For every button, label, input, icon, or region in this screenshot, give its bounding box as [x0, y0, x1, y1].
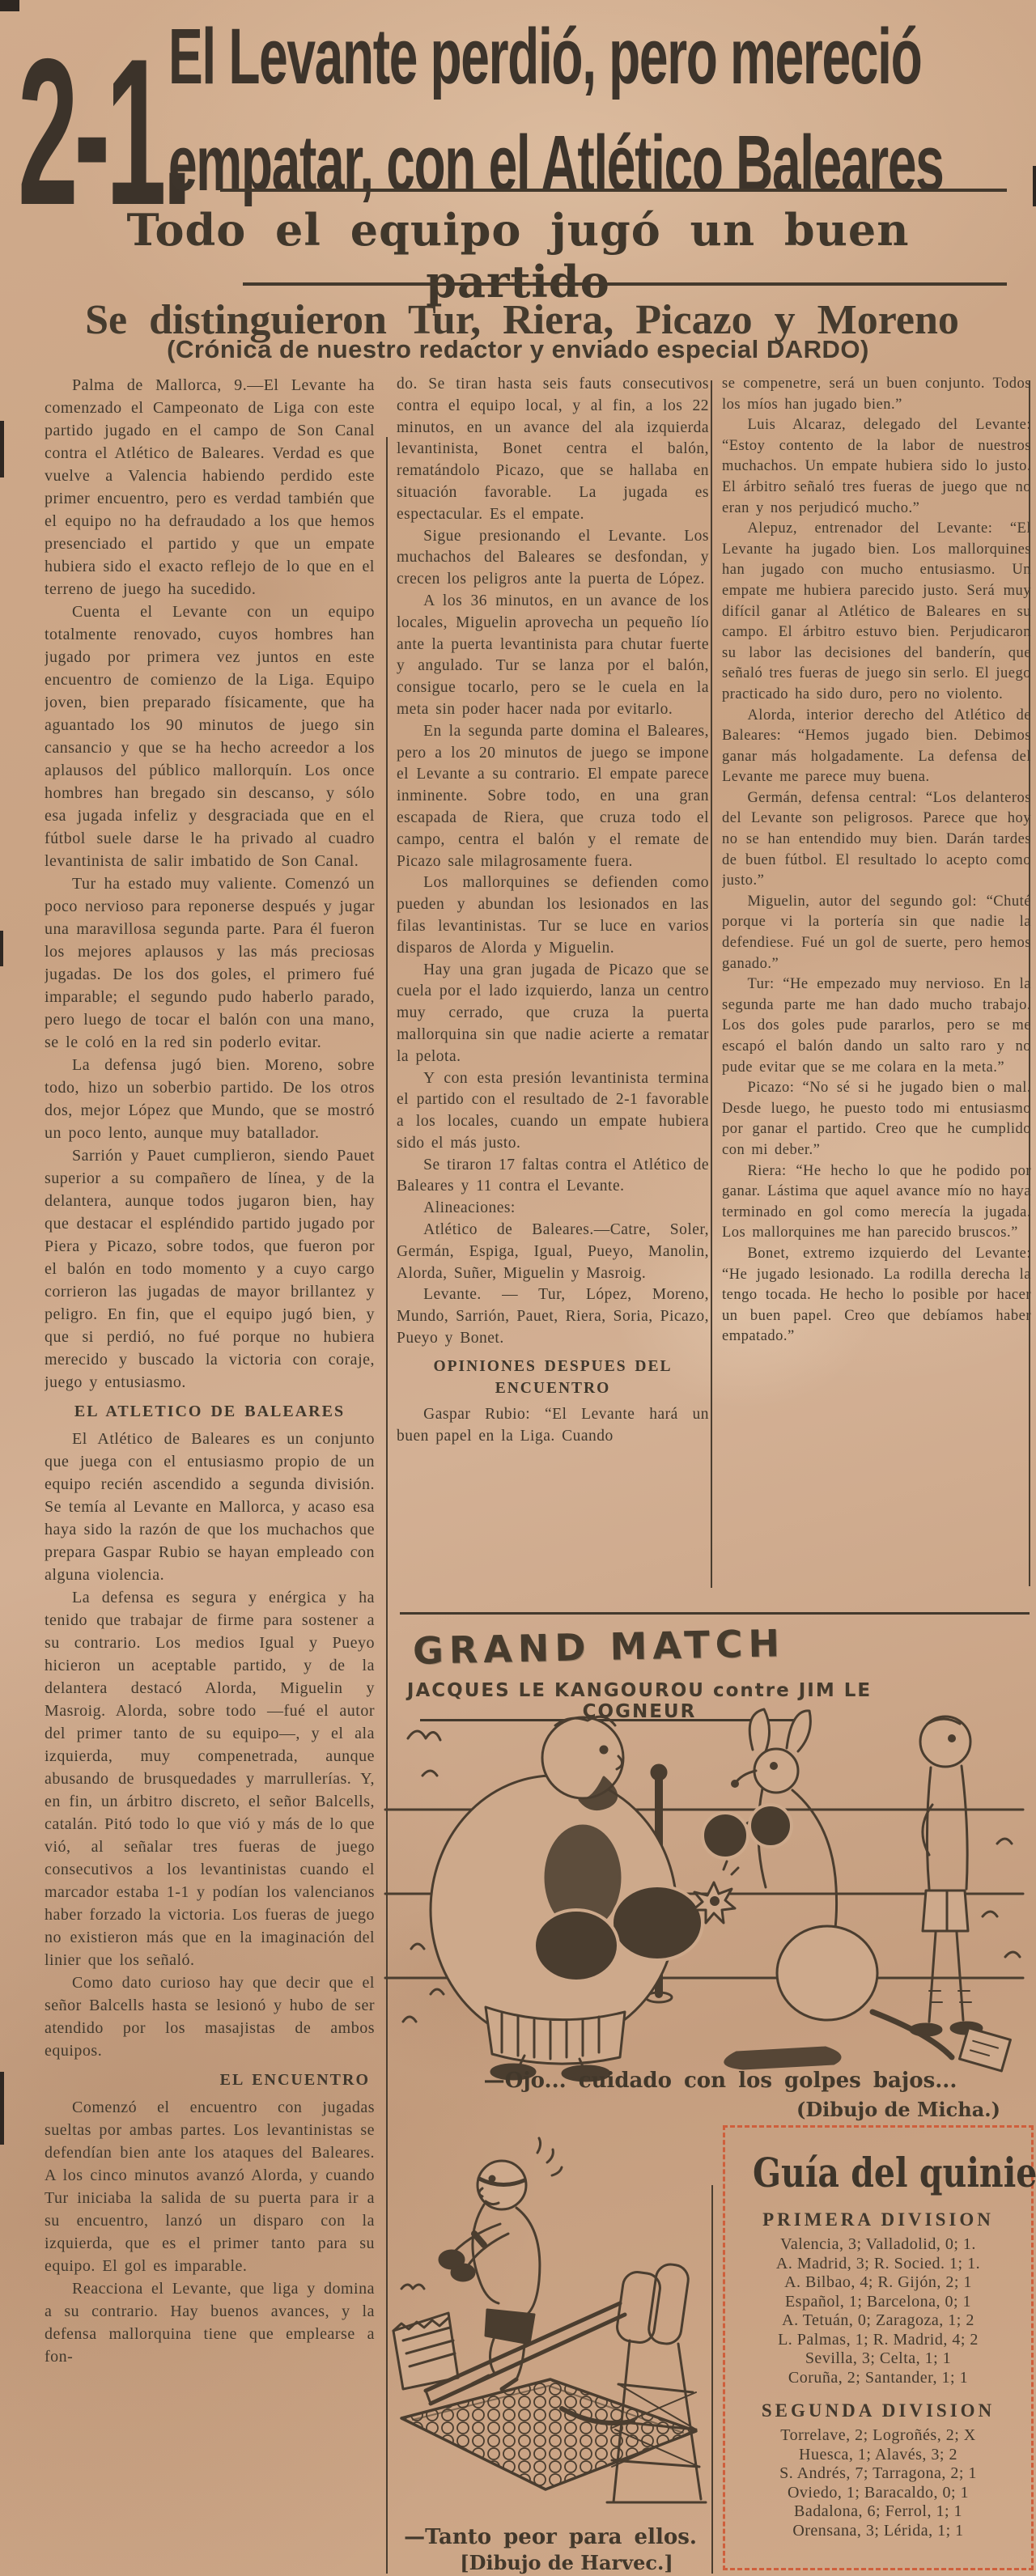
section-rule: [400, 1612, 1030, 1615]
article-paragraph: Miguelin, autor del segundo gol: “Chuté …: [722, 892, 1031, 974]
match-result: Coruña, 2; Santander, 1; 1: [725, 2369, 1031, 2388]
match-result: A. Bilbao, 4; R. Gijón, 2; 1: [725, 2273, 1031, 2293]
article-paragraph: Riera: “He hecho lo que he podido por ga…: [722, 1161, 1031, 1244]
article-paragraph: Reacciona el Levante, que liga y domina …: [45, 2277, 375, 2368]
article-paragraph: Sigue presionando el Levante. Los muchac…: [397, 526, 709, 591]
article-column-1: Palma de Mallorca, 9.—El Levante ha come…: [45, 374, 375, 2569]
primera-division-heading: PRIMERA DIVISION: [725, 2209, 1031, 2230]
byline: (Crónica de nuestro redactor y enviado e…: [32, 335, 1004, 364]
article-paragraph: Palma de Mallorca, 9.—El Levante ha come…: [45, 374, 375, 601]
article-paragraph: Atlético de Baleares.—Catre, Soler, Germ…: [397, 1220, 709, 1284]
headline-rule: [220, 189, 1007, 192]
article-paragraph: En la segunda parte domina el Baleares, …: [397, 721, 709, 873]
quiniela-title: Guía del quinielista: [753, 2149, 1004, 2196]
article-paragraph: Alineaciones:: [397, 1198, 709, 1220]
article-paragraph: Cuenta el Levante con un equipo totalmen…: [45, 601, 375, 872]
boxing-cartoon-caption: —Ojo... cuidado con los golpes bajos...: [445, 2069, 996, 2093]
match-result: S. Andrés, 7; Tarragona, 2; 1: [725, 2464, 1031, 2484]
headline-line-1: El Levante perdió, pero mereció: [168, 11, 921, 102]
article-paragraph: Alepuz, entrenador del Levante: “El Leva…: [722, 519, 1031, 705]
column-heading: EL ATLETICO DE BALEARES: [45, 1400, 375, 1423]
article-paragraph: Hay una gran jugada de Picazo que se cue…: [397, 960, 709, 1068]
match-result: Orensana, 3; Lérida, 1; 1: [725, 2522, 1031, 2541]
article-paragraph: Germán, defensa central: “Los delanteros…: [722, 788, 1031, 892]
article-paragraph: Y con esta presión levantinista termina …: [397, 1068, 709, 1155]
boxing-cartoon-title: GRAND MATCH: [404, 1621, 793, 1673]
match-result: A. Madrid, 3; R. Socied. 1; 1.: [725, 2255, 1031, 2274]
diving-cartoon-drawing: [379, 2137, 709, 2525]
article-paragraph: La defensa jugó bien. Moreno, sobre todo…: [45, 1054, 375, 1144]
boxing-cartoon-drawing: [374, 1706, 1034, 2074]
article-paragraph: Levante. — Tur, López, Moreno, Mundo, Sa…: [397, 1284, 709, 1349]
scan-artifact: [0, 421, 4, 477]
match-result: Español, 1; Barcelona, 0; 1: [725, 2293, 1031, 2312]
scan-artifact: [0, 931, 3, 966]
article-paragraph: Sarrión y Pauet cumplieron, siendo Pauet…: [45, 1144, 375, 1394]
article-paragraph: Tur: “He empezado muy nervioso. En la se…: [722, 974, 1031, 1078]
article-paragraph: do. Se tiran hasta seis fauts consecutiv…: [397, 374, 709, 526]
article-paragraph: Se tiraron 17 faltas contra el Atlético …: [397, 1155, 709, 1199]
match-result: Badalona, 6; Ferrol, 1; 1: [725, 2502, 1031, 2522]
column-divider-3: [711, 2185, 713, 2574]
article-paragraph: Tur ha estado muy valiente. Comenzó un p…: [45, 872, 375, 1054]
boxing-cartoon-credit: (Dibujo de Micha.): [769, 2098, 1028, 2121]
match-result: L. Palmas, 1; R. Madrid, 4; 2: [725, 2331, 1031, 2350]
article-paragraph: Alorda, interior derecho del Atlético de…: [722, 706, 1031, 788]
article-column-3: se compenetre, será un buen conjunto. To…: [722, 374, 1031, 1572]
article-paragraph: Comenzó el encuentro con jugadas sueltas…: [45, 2096, 375, 2277]
article-paragraph: La defensa es segura y enérgica y ha ten…: [45, 1586, 375, 1971]
match-result: A. Tetuán, 0; Zaragoza, 1; 2: [725, 2311, 1031, 2331]
article-paragraph: El Atlético de Baleares es un conjunto q…: [45, 1428, 375, 1586]
scan-artifact: [0, 0, 19, 11]
match-result: Huesca, 1; Alavés, 3; 2: [725, 2446, 1031, 2465]
scan-artifact: [1033, 166, 1036, 206]
column-heading: OPINIONES DESPUES DEL ENCUENTRO: [397, 1356, 709, 1400]
article-paragraph: Gaspar Rubio: “El Levante hará un buen p…: [397, 1404, 709, 1448]
diving-cartoon-credit: [Dibujo de Harvec.]: [413, 2551, 720, 2574]
deck-headline: Todo el equipo jugó un buen partido: [32, 204, 1004, 308]
quiniela-box: Guía del quinielista PRIMERA DIVISION Va…: [723, 2125, 1034, 2570]
segunda-division-heading: SEGUNDA DIVISION: [725, 2400, 1031, 2421]
scan-artifact: [0, 2072, 4, 2145]
column-divider-2: [711, 380, 712, 1588]
match-result: Sevilla, 3; Celta, 1; 1: [725, 2349, 1031, 2369]
match-result: Torrelave, 2; Logroñés, 2; X: [725, 2426, 1031, 2446]
column-heading: EL ENCUENTRO: [45, 2069, 375, 2091]
article-paragraph: se compenetre, será un buen conjunto. To…: [722, 374, 1031, 415]
headline-line-2: empatar, con el Atlético Baleares: [168, 118, 943, 209]
article-paragraph: Picazo: “No sé si he jugado bien o mal. …: [722, 1078, 1031, 1161]
article-column-2: do. Se tiran hasta seis fauts consecutiv…: [397, 374, 709, 1577]
article-paragraph: A los 36 minutos, en un avance de los lo…: [397, 591, 709, 721]
article-paragraph: Como dato curioso hay que decir que el s…: [45, 1971, 375, 2062]
article-paragraph: Bonet, extremo izquierdo del Levante: “H…: [722, 1244, 1031, 1347]
article-paragraph: Luis Alcaraz, delegado del Levante: “Est…: [722, 415, 1031, 519]
match-result: Valencia, 3; Valladolid, 0; 1.: [725, 2235, 1031, 2255]
match-result: Oviedo, 1; Baracaldo, 0; 1: [725, 2484, 1031, 2503]
diving-cartoon-caption: —Tanto peor para ellos.: [397, 2525, 704, 2549]
article-paragraph: Los mallorquines se defienden como puede…: [397, 872, 709, 959]
deck-rule: [243, 282, 1007, 286]
primera-division-results: Valencia, 3; Valladolid, 0; 1.A. Madrid,…: [725, 2235, 1031, 2387]
segunda-division-results: Torrelave, 2; Logroñés, 2; XHuesca, 1; A…: [725, 2426, 1031, 2540]
